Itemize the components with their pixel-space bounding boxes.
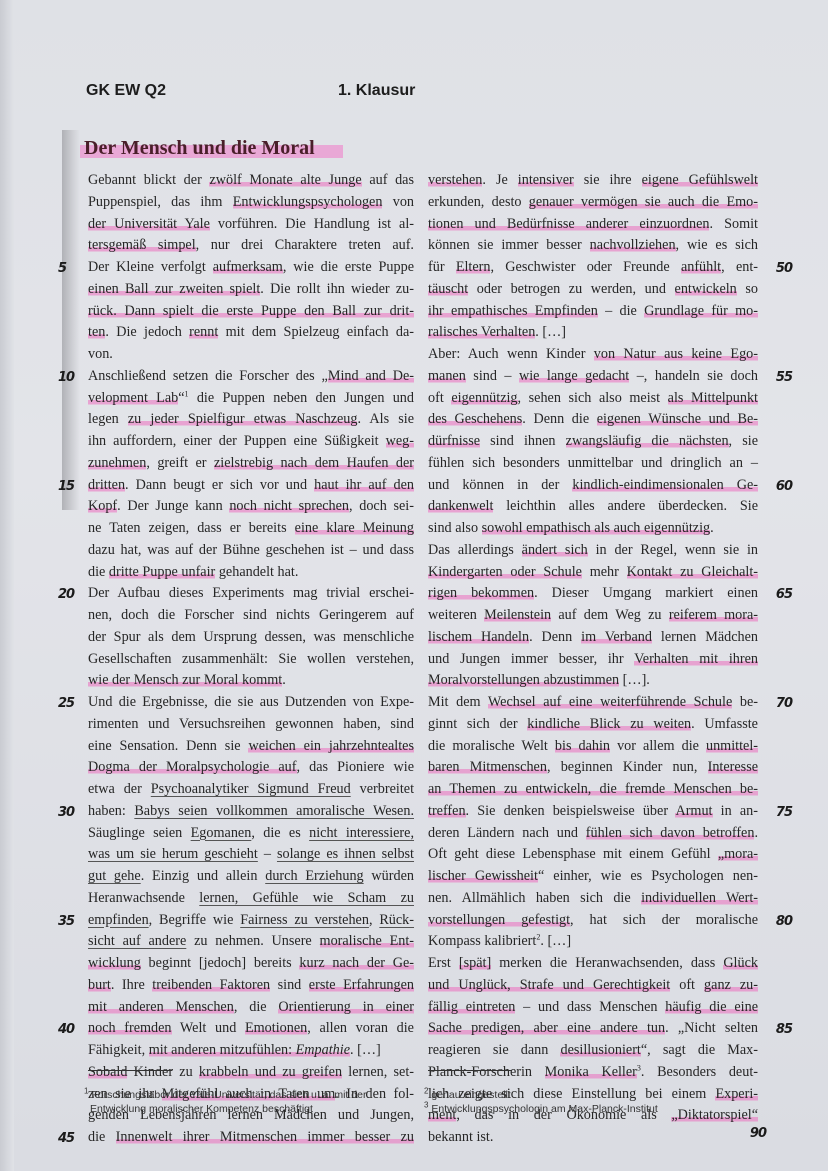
handwritten-line-number: 80	[776, 911, 792, 933]
text: Gebannt blickt der	[88, 172, 209, 188]
text: , das Pioniere wie	[297, 759, 415, 775]
highlighted-text: ihr empathisches Empfinden	[428, 303, 598, 319]
text-line: dürfnisse sind ihnen zwangsläufig die nä…	[428, 431, 758, 453]
highlighted-text: zu jeder Spielfigur etwas Naschzeug	[128, 411, 358, 427]
highlighted-text: [spät]	[459, 955, 491, 971]
text-line: Der Aufbau dieses Experiments mag trivia…	[88, 583, 414, 605]
text: . Sie denken beispielsweise über	[466, 803, 676, 819]
highlighted-text: eigennützig	[451, 390, 517, 406]
highlighted-text: weg-	[386, 433, 414, 449]
highlighted-text: krabbeln und zu greifen	[199, 1064, 342, 1080]
text: zu nehmen. Unsere	[186, 933, 319, 949]
text: be-	[732, 694, 758, 710]
highlighted-text: täuscht	[428, 281, 468, 297]
text: der Spur als dem Ursprung dessen, was me…	[88, 629, 414, 645]
highlighted-text: ralisches Verhalten	[428, 324, 535, 340]
text-line: für Eltern, Geschwister oder Freunde anf…	[428, 257, 758, 279]
highlighted-text: Interesse	[708, 759, 758, 775]
text: haben:	[88, 803, 134, 819]
text-line: zunehmen, greift er zielstrebig nach dem…	[88, 453, 414, 475]
text: vor allem die	[610, 738, 706, 754]
footnote-mark: 3	[424, 1101, 428, 1110]
text: . Dieser Umgang markiert einen	[534, 585, 758, 601]
underlined-text: durch Erziehung	[265, 868, 363, 884]
text: Planck-Forscherin	[428, 1064, 545, 1080]
text-line: haben: Babys seien vollkommen amoralisch…	[88, 801, 414, 823]
text: Fähigkeit,	[88, 1042, 149, 1058]
text-line: Kopf. Der Junge kann noch nicht sprechen…	[88, 496, 414, 518]
footnote-3: 3 Entwicklungspsychologin am Max-Planck-…	[424, 1102, 764, 1116]
text-line: Oft geht diese Lebensphase mit einem Gef…	[428, 844, 758, 866]
text: , Geschwister oder Freunde	[490, 259, 680, 275]
text: . Denn die	[522, 411, 596, 427]
highlighted-text: wie der Mensch zur Moral kommt	[88, 672, 282, 688]
underlined-text: Rück-	[379, 912, 414, 928]
text-line: Moralvorstellungen abzustimmen […].	[428, 670, 758, 692]
text-line: erkunden, desto genauer vermögen sie auc…	[428, 192, 758, 214]
text: , die	[234, 999, 279, 1015]
highlighted-text: Empathie	[296, 1042, 350, 1058]
highlighted-text: Glück	[723, 955, 758, 971]
highlighted-text: tersgemäß simpel	[88, 237, 196, 253]
highlighted-text: zwölf Monate alte Junge	[209, 172, 361, 188]
text-line: velopment Lab“1 die Puppen neben den Jun…	[88, 388, 414, 410]
highlighted-text: eigene Gefühlswelt	[642, 172, 758, 188]
highlighted-text: einen Ball zur zweiten spielt	[88, 281, 260, 297]
highlighted-text: Grundlage für mo-	[644, 303, 758, 319]
text-line: nen, doch die Forscher sind nichts Gerin…	[88, 605, 414, 627]
text: , hat sich der moralische	[570, 912, 758, 928]
text: Aber: Auch wenn Kinder	[428, 346, 594, 362]
highlighted-text: reiferem mora-	[669, 607, 758, 623]
text: nen. Allmählich haben sich die	[428, 890, 641, 906]
text: rimenten und Versuchsreihen gewonnen hab…	[88, 716, 414, 732]
text-line: von.	[88, 344, 414, 366]
text-line: des Geschehens. Denn die eigenen Wünsche…	[428, 409, 758, 431]
text: Heranwachsende	[88, 890, 199, 906]
highlighted-text: velopment Lab	[88, 390, 178, 406]
footnote-text: genau eingestellt	[431, 1089, 510, 1101]
text-line: dankenwelt leichthin alles andere überde…	[428, 496, 758, 518]
highlighted-text: kindlich-eindimensionalen Ge-	[572, 477, 758, 493]
text: dazu hat, was auf der Bühne geschehen is…	[88, 542, 414, 558]
text-line: was um sie herum geschieht – solange es …	[88, 844, 414, 866]
text-line: Kindergarten oder Schule mehr Kontakt zu…	[428, 562, 758, 584]
text: . Je	[482, 172, 517, 188]
underlined-text: empfinden	[88, 912, 149, 928]
text: . Besonders deut-	[641, 1064, 758, 1080]
underlined-text: solange es ihnen selbst	[277, 846, 414, 862]
text: Das allerdings	[428, 542, 522, 558]
text-line: mit anderen Menschen, die Orientierung i…	[88, 997, 414, 1019]
underlined-text: lernen, Gefühle wie Scham zu	[199, 890, 414, 906]
text: , allen voran die	[307, 1020, 414, 1036]
text-line: rimenten und Versuchsreihen gewonnen hab…	[88, 714, 414, 736]
handwritten-line-number: 85	[776, 1019, 792, 1041]
text: beginnt [jedoch] bereits	[141, 955, 300, 971]
text: . Somit	[709, 216, 758, 232]
text: ,	[369, 912, 379, 928]
text: nen, doch die Forscher sind nichts Gerin…	[88, 607, 414, 623]
highlighted-text: Orientierung in einer	[278, 999, 414, 1015]
text-line: Sobald Kinder zu krabbeln und zu greifen…	[88, 1062, 414, 1084]
highlighted-text: tionen und Bedürfnisse anderer einzuordn…	[428, 216, 709, 232]
handwritten-line-number: 35	[58, 911, 74, 933]
text: . „Nicht selten	[665, 1020, 758, 1036]
highlighted-text: vorstellungen gefestigt	[428, 912, 570, 928]
text-line: rigen bekommen. Dieser Umgang markiert e…	[428, 583, 758, 605]
text-line: wicklung beginnt [jedoch] bereits kurz n…	[88, 953, 414, 975]
text-line: tersgemäß simpel, nur drei Charaktere tr…	[88, 235, 414, 257]
text: – und dass Menschen	[515, 999, 665, 1015]
text-line: Aber: Auch wenn Kinder von Natur aus kei…	[428, 344, 758, 366]
text-line: Fähigkeit, mit anderen mitzufühlen: Empa…	[88, 1040, 414, 1062]
text: . Umfasste	[691, 716, 758, 732]
highlighted-text: kurz nach der Ge-	[299, 955, 414, 971]
text: oft	[670, 977, 704, 993]
text: , wie die erste Puppe	[283, 259, 414, 275]
text-line: Gebannt blickt der zwölf Monate alte Jun…	[88, 170, 414, 192]
text-line: noch fremden Welt und Emotionen, allen v…	[88, 1018, 414, 1040]
text: die moralische Welt	[428, 738, 555, 754]
highlighted-text: Kopf	[88, 498, 117, 514]
text: Und die Ergebnisse, die sie aus Dutzende…	[88, 694, 414, 710]
text: Erst	[428, 955, 459, 971]
text: merken die Heranwachsenden, dass	[491, 955, 723, 971]
text-line: dazu hat, was auf der Bühne geschehen is…	[88, 540, 414, 562]
text-line: der Universität Yale vorführen. Die Hand…	[88, 214, 414, 236]
text-line: manen sind – wie lange gedacht –, handel…	[428, 366, 758, 388]
highlighted-text: Dogma der Moralpsychologie auf	[88, 759, 297, 775]
handwritten-line-number: 30	[58, 802, 74, 824]
text-line: deren Ländern nach und fühlen sich davon…	[428, 823, 758, 845]
article-title: Der Mensch und die Moral	[80, 137, 343, 160]
highlighted-text: erste Erfahrungen	[309, 977, 414, 993]
text-line: gut gehe. Einzig und allein durch Erzieh…	[88, 866, 414, 888]
highlighted-text: Innenwelt ihrer Mitmenschen immer besser…	[116, 1129, 414, 1145]
text-line: Sache predigen, aber eine andere tun. „N…	[428, 1018, 758, 1040]
text: auf dem Weg zu	[551, 607, 669, 623]
footnote-2: 2 genau eingestellt	[424, 1088, 764, 1102]
text: eine Sensation. Denn sie	[88, 738, 248, 754]
text: ne Taten zeigen, dass er bereits	[88, 520, 295, 536]
text: würden	[364, 868, 414, 884]
text-line: treffen. Sie denken beispielsweise über …	[428, 801, 758, 823]
text: sie ihre	[574, 172, 642, 188]
highlighted-text: noch fremden	[88, 1020, 172, 1036]
highlighted-text: Sobald	[88, 1064, 127, 1080]
highlighted-text: Monika Keller	[545, 1064, 637, 1080]
highlighted-text: nachvollziehen	[590, 237, 676, 253]
highlighted-text: Eltern	[456, 259, 491, 275]
text-line: Anschließend setzen die Forscher des „Mi…	[88, 366, 414, 388]
text: von.	[88, 346, 113, 362]
highlighted-text: manen	[428, 368, 466, 384]
text: . Die jedoch	[105, 324, 189, 340]
highlighted-text: rück. Dann spielt die erste Puppe den Ba…	[88, 303, 414, 319]
highlighted-text: fällig eintreten	[428, 999, 515, 1015]
text: sind	[270, 977, 309, 993]
text: . Einzig und allein	[141, 868, 266, 884]
handwritten-line-number: 20	[58, 584, 74, 606]
text-line: weiteren Meilenstein auf dem Weg zu reif…	[428, 605, 758, 627]
text: sind ihnen	[480, 433, 566, 449]
text-line: fühlen sich besonders unmittelbar und dr…	[428, 453, 758, 475]
text-line: ne Taten zeigen, dass er bereits eine kl…	[88, 518, 414, 540]
highlighted-text: noch nicht sprechen	[229, 498, 349, 514]
text-line: ralisches Verhalten. […]	[428, 322, 758, 344]
highlighted-text: treibenden Faktoren	[152, 977, 270, 993]
handwritten-line-number: 45	[58, 1128, 74, 1150]
text-line: Säuglinge seien Egomanen, die es nicht i…	[88, 823, 414, 845]
highlighted-text: Armut	[675, 803, 712, 819]
highlighted-text: anfühlt	[681, 259, 721, 275]
footnote-rule-left	[88, 1070, 172, 1071]
highlighted-text: rigen bekommen	[428, 585, 534, 601]
footnote-text: Entwicklungspsychologin am Max-Planck-In…	[431, 1103, 657, 1115]
text: –, handeln sie doch	[629, 368, 758, 384]
text: mit dem Spielzeug einfach da-	[218, 324, 414, 340]
text-line: die Innenwelt ihrer Mitmenschen immer be…	[88, 1127, 414, 1149]
highlighted-text: burt	[88, 977, 111, 993]
highlighted-text: sowohl empathisch als auch eigennützig	[482, 520, 711, 536]
highlighted-text: mit anderen mitzufühlen:	[149, 1042, 296, 1058]
text-line: und können in der kindlich-eindimensiona…	[428, 475, 758, 497]
underlined-text: Babys seien vollkommen amoralische Wesen…	[134, 803, 414, 819]
text-line: vorstellungen gefestigt, hat sich der mo…	[428, 910, 758, 932]
text-line: eine Sensation. Denn sie weichen ein jah…	[88, 736, 414, 758]
text: legen	[88, 411, 128, 427]
text: vorführen. Die Handlung ist al-	[210, 216, 414, 232]
text: . Ihre	[111, 977, 152, 993]
underlined-text: sicht auf andere	[88, 933, 186, 949]
text-line: und Jungen immer besser, ihr Verhalten m…	[428, 649, 758, 671]
text-line: Und die Ergebnisse, die sie aus Dutzende…	[88, 692, 414, 714]
text: . Die rollt ihn wieder zu-	[260, 281, 414, 297]
text: die	[88, 1129, 116, 1145]
footnote-text-cont: Entwicklung moralischer Kompetenz beschä…	[84, 1103, 313, 1115]
highlighted-text: eigenen Wünsche und Be-	[597, 411, 758, 427]
text-line: lischer Gewissheit“ einher, wie es Psych…	[428, 866, 758, 888]
text: Gesellschaften zusammenhält: Sie wollen …	[88, 651, 414, 667]
highlighted-text: haut ihr auf den	[314, 477, 414, 493]
text: Welt und	[172, 1020, 245, 1036]
text-line: ten. Die jedoch rennt mit dem Spielzeug …	[88, 322, 414, 344]
text: , Begriffe wie	[149, 912, 241, 928]
text: , wie es sich	[676, 237, 758, 253]
text: ihn auffordern, einer der Puppen eine Sü…	[88, 433, 386, 449]
highlighted-text: dürfnisse	[428, 433, 480, 449]
highlighted-text: individuellen Wert-	[641, 890, 758, 906]
handwritten-line-number: 5	[58, 258, 66, 280]
highlighted-text: Moralvorstellungen abzustimmen	[428, 672, 619, 688]
highlighted-text: verstehen	[428, 172, 482, 188]
text: Kinder zu	[127, 1064, 198, 1080]
text-line: sicht auf andere zu nehmen. Unsere moral…	[88, 931, 414, 953]
underlined-text: nicht interessiere,	[309, 825, 414, 841]
highlighted-text: dritten	[88, 477, 125, 493]
highlighted-text: häufig die eine	[665, 999, 758, 1015]
text: , ent-	[721, 259, 758, 275]
text-line: wie der Mensch zur Moral kommt.	[88, 670, 414, 692]
highlighted-text: eine klare Meinung	[295, 520, 414, 536]
text: lernen Mädchen	[652, 629, 758, 645]
text: “ einher, wie es Psychologen nen-	[538, 868, 758, 884]
text: “, sagt die Max-	[641, 1042, 758, 1058]
highlighted-text: intensiver	[518, 172, 574, 188]
exam-header: 1. Klausur	[338, 82, 415, 100]
handwritten-line-number: 40	[58, 1019, 74, 1041]
footnote-text: Forschungslabor der Yale-Universität, da…	[91, 1089, 366, 1101]
highlighted-text: wicklung	[88, 955, 141, 971]
text: gehandelt hat.	[215, 564, 298, 580]
text: oder betrogen zu werden, und	[468, 281, 674, 297]
text: in der Regel, wenn sie in	[588, 542, 758, 558]
highlighted-text: Mind and De-	[328, 368, 414, 384]
text-line: bekannt ist.90	[428, 1127, 758, 1149]
underlined-text: was um sie herum geschieht	[88, 846, 258, 862]
text: Der Aufbau dieses Experiments mag trivia…	[88, 585, 414, 601]
text-line: an Themen zu entwickeln, die fremde Mens…	[428, 779, 758, 801]
footnote-mark: 1	[84, 1087, 88, 1096]
left-column: Gebannt blickt der zwölf Monate alte Jun…	[88, 170, 414, 1149]
text: für	[428, 259, 456, 275]
text: . […]	[350, 1042, 381, 1058]
text: , sie	[729, 433, 758, 449]
highlighted-text: Sache predigen, aber eine andere tun	[428, 1020, 665, 1036]
text-line: die dritte Puppe unfair gehandelt hat.	[88, 562, 414, 584]
text: so	[737, 281, 758, 297]
text-line: einen Ball zur zweiten spielt. Die rollt…	[88, 279, 414, 301]
text: Kompass kalibriert	[428, 933, 536, 949]
underlined-text: Fairness zu verstehen	[240, 912, 369, 928]
text: Säuglinge seien	[88, 825, 191, 841]
text: […].	[619, 672, 650, 688]
highlighted-text: von Natur aus keine Ego-	[594, 346, 758, 362]
text-line: reagieren sie dann desillusioniert“, sag…	[428, 1040, 758, 1062]
text-line: oft eigennützig, sehen sich also meist a…	[428, 388, 758, 410]
text-line: Erst [spät] merken die Heranwachsenden, …	[428, 953, 758, 975]
margin-shadow	[62, 130, 80, 510]
highlighted-text: dankenwelt	[428, 498, 493, 514]
text-line: rück. Dann spielt die erste Puppe den Ba…	[88, 301, 414, 323]
highlighted-text: Emotionen	[245, 1020, 307, 1036]
highlighted-text: weichen ein jahrzehntealtes	[248, 738, 414, 754]
text-line: Der Kleine verfolgt aufmerksam, wie die …	[88, 257, 414, 279]
page-edge	[0, 0, 14, 1171]
text: die	[88, 564, 109, 580]
text-line: verstehen. Je intensiver sie ihre eigene…	[428, 170, 758, 192]
text-line: Dogma der Moralpsychologie auf, das Pion…	[88, 757, 414, 779]
highlighted-text: wie lange gedacht	[519, 368, 629, 384]
text: und Jungen immer besser, ihr	[428, 651, 634, 667]
text: mehr	[582, 564, 627, 580]
text: Anschließend setzen die Forscher des „	[88, 368, 328, 384]
highlighted-text: dritte Puppe unfair	[109, 564, 215, 580]
highlighted-text: zunehmen	[88, 455, 146, 471]
text: .	[710, 520, 714, 536]
text-line: sind also sowohl empathisch als auch eig…	[428, 518, 758, 540]
text-line: fällig eintreten – und dass Menschen häu…	[428, 997, 758, 1019]
highlighted-text: Meilenstein	[484, 607, 551, 623]
handwritten-line-number: 65	[776, 584, 792, 606]
text-line: tionen und Bedürfnisse anderer einzuordn…	[428, 214, 758, 236]
text: . Der Junge kann	[117, 498, 229, 514]
highlighted-text: der Universität Yale	[88, 216, 210, 232]
text: Mit dem	[428, 694, 488, 710]
text: auf das	[362, 172, 414, 188]
handwritten-line-number: 75	[776, 802, 792, 824]
highlighted-text: Verhalten mit ihren	[634, 651, 758, 667]
text: sind also	[428, 520, 482, 536]
text: und können in der	[428, 477, 572, 493]
highlighted-text: baren Mitmenschen	[428, 759, 547, 775]
text: ginnt sich der	[428, 716, 527, 732]
text-line: nen. Allmählich haben sich die individue…	[428, 888, 758, 910]
text: , nur drei Charaktere treten auf.	[196, 237, 414, 253]
highlighted-text: mit anderen Menschen	[88, 999, 234, 1015]
highlighted-text: zielstrebig nach dem Haufen der	[214, 455, 414, 471]
text: die Puppen neben den Jungen und	[189, 390, 414, 406]
handwritten-line-number: 15	[58, 476, 74, 498]
highlighted-text: bis dahin	[555, 738, 610, 754]
highlighted-text: treffen	[428, 803, 466, 819]
text-line: Puppenspiel, das ihm Entwicklungspsychol…	[88, 192, 414, 214]
highlighted-text: ändert sich	[522, 542, 588, 558]
highlighted-text: ten	[88, 324, 105, 340]
text-line: und Unglück, Strafe und Gerechtigkeit of…	[428, 975, 758, 997]
handwritten-line-number: 60	[776, 476, 792, 498]
footnote-2-3: 2 genau eingestellt 3 Entwicklungspsycho…	[424, 1088, 764, 1116]
text: . […]	[535, 324, 566, 340]
highlighted-text: rennt	[189, 324, 218, 340]
handwritten-line-number: 70	[776, 693, 792, 715]
text-line: können sie immer besser nachvollziehen, …	[428, 235, 758, 257]
text: Oft geht diese Lebensphase mit einem Gef…	[428, 846, 718, 862]
text-line: ginnt sich der kindliche Blick zu weiten…	[428, 714, 758, 736]
text-line: ihn auffordern, einer der Puppen eine Sü…	[88, 431, 414, 453]
text: leichthin alles andere überdecken. Sie	[493, 498, 758, 514]
highlighted-text: moralische Ent-	[320, 933, 414, 949]
text: , doch sei-	[349, 498, 414, 514]
highlighted-text: genauer vermögen sie auch die Emo-	[529, 194, 758, 210]
text: , die es	[251, 825, 309, 841]
text-line: baren Mitmenschen, beginnen Kinder nun, …	[428, 757, 758, 779]
handwritten-line-number: 55	[776, 367, 792, 389]
text-line: Planck-Forscherin Monika Keller3. Besond…	[428, 1062, 758, 1084]
text: , greift er	[146, 455, 214, 471]
handwritten-line-number: 50	[776, 258, 792, 280]
text: verbreitet	[351, 781, 414, 797]
highlighted-text: „mora-	[718, 846, 758, 862]
highlighted-text: kindliche Blick zu weiten	[527, 716, 691, 732]
text: .	[282, 672, 286, 688]
text: Puppenspiel, das ihm	[88, 194, 233, 210]
highlighted-text: lischem Handeln	[428, 629, 529, 645]
text: – die	[598, 303, 644, 319]
text: etwa der	[88, 781, 151, 797]
underlined-text: Egomanen	[191, 825, 252, 841]
text: erkunden, desto	[428, 194, 529, 210]
text: fühlen sich besonders unmittelbar und dr…	[428, 455, 758, 471]
text: bekannt ist.	[428, 1129, 493, 1145]
highlighted-text: ganz zu-	[704, 977, 758, 993]
handwritten-line-number: 10	[58, 367, 74, 389]
highlighted-text: zwangsläufig die nächsten	[566, 433, 729, 449]
underlined-text: Psychoanalytiker Sigmund Freud	[151, 781, 351, 797]
right-column: verstehen. Je intensiver sie ihre eigene…	[428, 170, 758, 1149]
text: können sie immer besser	[428, 237, 590, 253]
